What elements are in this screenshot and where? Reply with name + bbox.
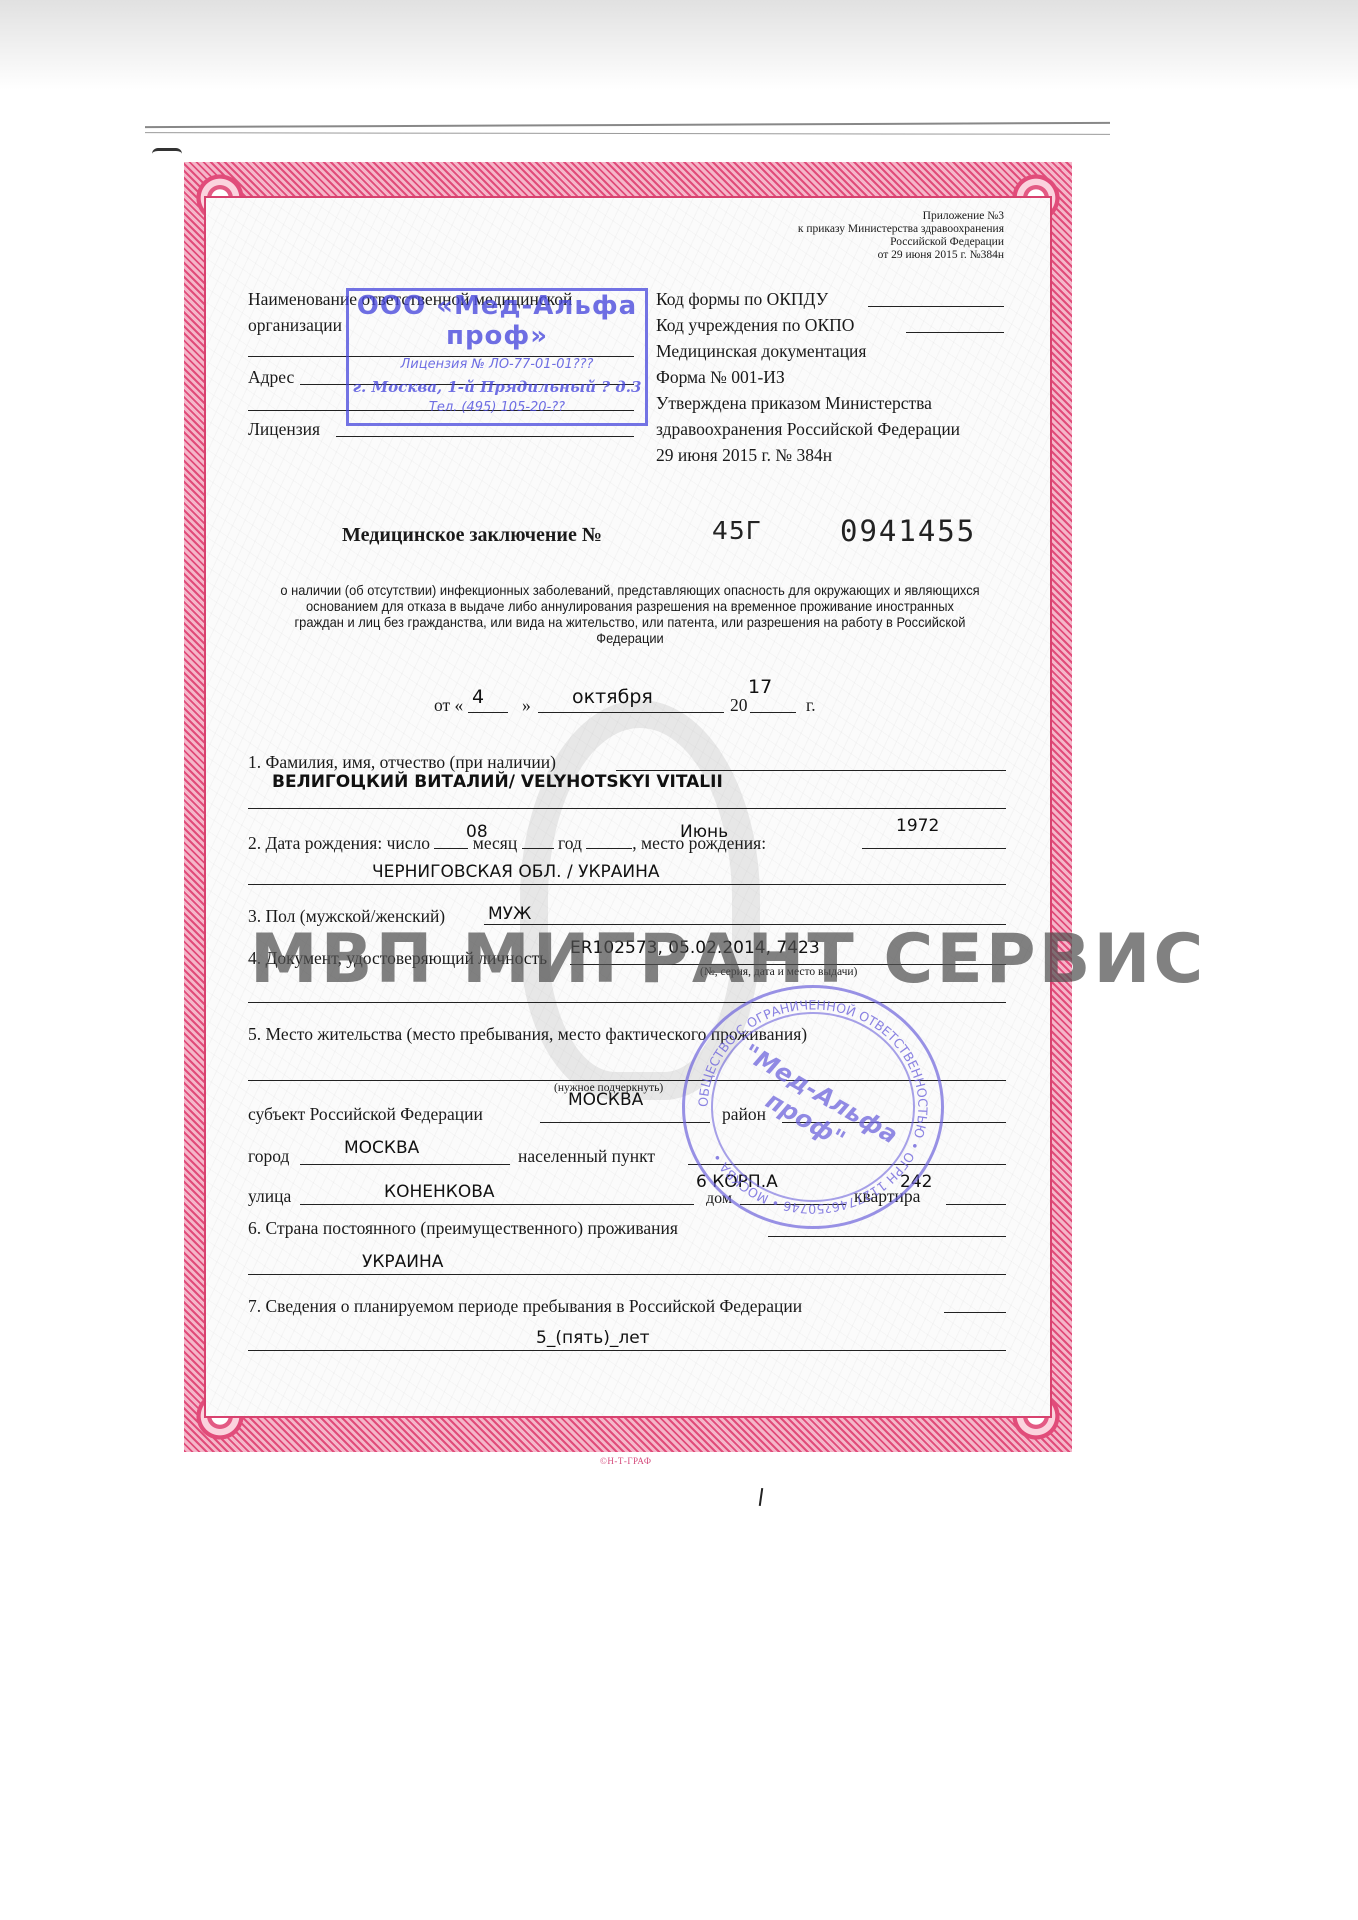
appendix-note: Приложение №3 к приказу Министерства здр… — [720, 210, 1004, 262]
birth-year-label: год — [558, 833, 582, 853]
okpdu-line — [868, 306, 1004, 307]
date-day-line — [468, 712, 508, 713]
city-label: город — [248, 1146, 289, 1167]
med-docs-label: Медицинская документация — [656, 338, 866, 364]
date-mid: » — [522, 692, 531, 718]
okpo-line — [906, 332, 1004, 333]
appendix-line: Приложение №3 — [720, 210, 1004, 223]
apartment-line — [946, 1204, 1006, 1205]
license-line — [336, 436, 634, 437]
license-label: Лицензия — [248, 416, 320, 442]
field-7-label: 7. Сведения о планируемом периоде пребыв… — [248, 1296, 802, 1317]
birth-day-value: 08 — [466, 822, 488, 842]
approved-line-1: Утверждена приказом Министерства — [656, 390, 932, 416]
date-month: октября — [572, 686, 653, 708]
field-1-value: ВЕЛИГОЦКИЙ ВИТАЛИЙ/ VELYHOTSKYI VITALII — [272, 772, 723, 792]
okpdu-label: Код формы по ОКПДУ — [656, 286, 828, 312]
scan-mark — [152, 148, 182, 157]
scan-edge-line — [145, 132, 1110, 135]
form-number: Форма № 001-ИЗ — [656, 364, 785, 390]
street-line — [300, 1204, 694, 1205]
stay-period-value: 5_(пять)_лет — [536, 1328, 650, 1348]
field-1-line — [616, 770, 1006, 771]
birth-day-line — [434, 830, 468, 849]
round-seal-stamp: ОБЩЕСТВО С ОГРАНИЧЕННОЙ ОТВЕТСТВЕННОСТЬЮ… — [682, 985, 944, 1229]
scan-shadow — [0, 0, 1358, 90]
street-value: КОНЕНКОВА — [384, 1182, 495, 1202]
field-6-label: 6. Страна постоянного (преимущественного… — [248, 1218, 678, 1239]
birthplace-value: ЧЕРНИГОВСКАЯ ОБЛ. / УКРАИНА — [372, 862, 660, 882]
organization-stamp: ООО «Мед-Альфа проф» Лицензия № ЛО-77-01… — [346, 288, 648, 426]
subject-label: субъект Российской Федерации — [248, 1104, 483, 1125]
birth-year-value: 1972 — [896, 816, 939, 836]
appendix-line: к приказу Министерства здравоохранения — [720, 223, 1004, 236]
certificate-number: 0941455 — [840, 514, 976, 548]
stamp-org-name: ООО «Мед-Альфа проф» — [349, 291, 645, 351]
locality-label: населенный пункт — [518, 1146, 655, 1167]
org-name-label-2: организации — [248, 312, 342, 338]
field-1-label: 1. Фамилия, имя, отчество (при наличии) — [248, 752, 556, 773]
pen-mark — [759, 1488, 763, 1506]
field-7-line-2 — [248, 1350, 1006, 1351]
approved-line-2: здравоохранения Российской Федерации — [656, 416, 960, 442]
date-suffix: г. — [806, 692, 816, 718]
appendix-line: от 29 июня 2015 г. №384н — [720, 249, 1004, 262]
printer-mark: ©Н-Т-ГРАФ — [600, 1456, 651, 1466]
full-name-value: ВЕЛИГОЦКИЙ ВИТАЛИЙ/ VELYHOTSKYI VITALII — [272, 772, 723, 792]
date-day: 4 — [472, 686, 484, 708]
city-line — [300, 1164, 510, 1165]
document-subtitle: о наличии (об отсутствии) инфекционных з… — [280, 582, 979, 646]
country-value: УКРАИНА — [362, 1252, 443, 1272]
field-6-line — [768, 1236, 1006, 1237]
watermark-text: МВП МИГРАНТ СЕРВИС — [250, 920, 1206, 999]
date-century: 20 — [730, 692, 748, 718]
field-1-line-2 — [248, 808, 1006, 809]
okpo-label: Код учреждения по ОКПО — [656, 312, 854, 338]
field-2-line-2 — [248, 884, 1006, 885]
birth-day-label: 2. Дата рождения: число — [248, 833, 430, 853]
date-year: 17 — [748, 676, 772, 698]
appendix-line: Российской Федерации — [720, 236, 1004, 249]
birth-year-line — [586, 830, 632, 849]
scanned-page: ©Н-Т-ГРАФ Приложение №3 к приказу Минист… — [0, 0, 1358, 1920]
date-month-line — [538, 712, 724, 713]
approved-line-3: 29 июня 2015 г. № 384н — [656, 442, 832, 468]
date-prefix: от « — [434, 692, 463, 718]
subject-value: МОСКВА — [568, 1090, 643, 1110]
birthplace-line — [862, 848, 1006, 849]
scan-edge-line — [145, 122, 1110, 128]
street-label: улица — [248, 1186, 291, 1207]
stamp-license: Лицензия № ЛО-77-01-01??? — [349, 357, 645, 372]
stamp-phone: Тел. (495) 105-20-?? — [349, 400, 645, 415]
birth-month-line — [522, 830, 554, 849]
field-7-line — [944, 1312, 1006, 1313]
birth-month-value: Июнь — [680, 822, 728, 842]
date-year-line — [750, 712, 796, 713]
stamp-address: г. Москва, 1-й Прядильный ? д.3 — [349, 378, 645, 396]
certificate-series: 45Г — [712, 516, 762, 545]
field-6-line-2 — [248, 1274, 1006, 1275]
document-title: Медицинское заключение № — [342, 524, 602, 547]
city-value: МОСКВА — [344, 1138, 419, 1158]
address-label: Адрес — [248, 364, 294, 390]
